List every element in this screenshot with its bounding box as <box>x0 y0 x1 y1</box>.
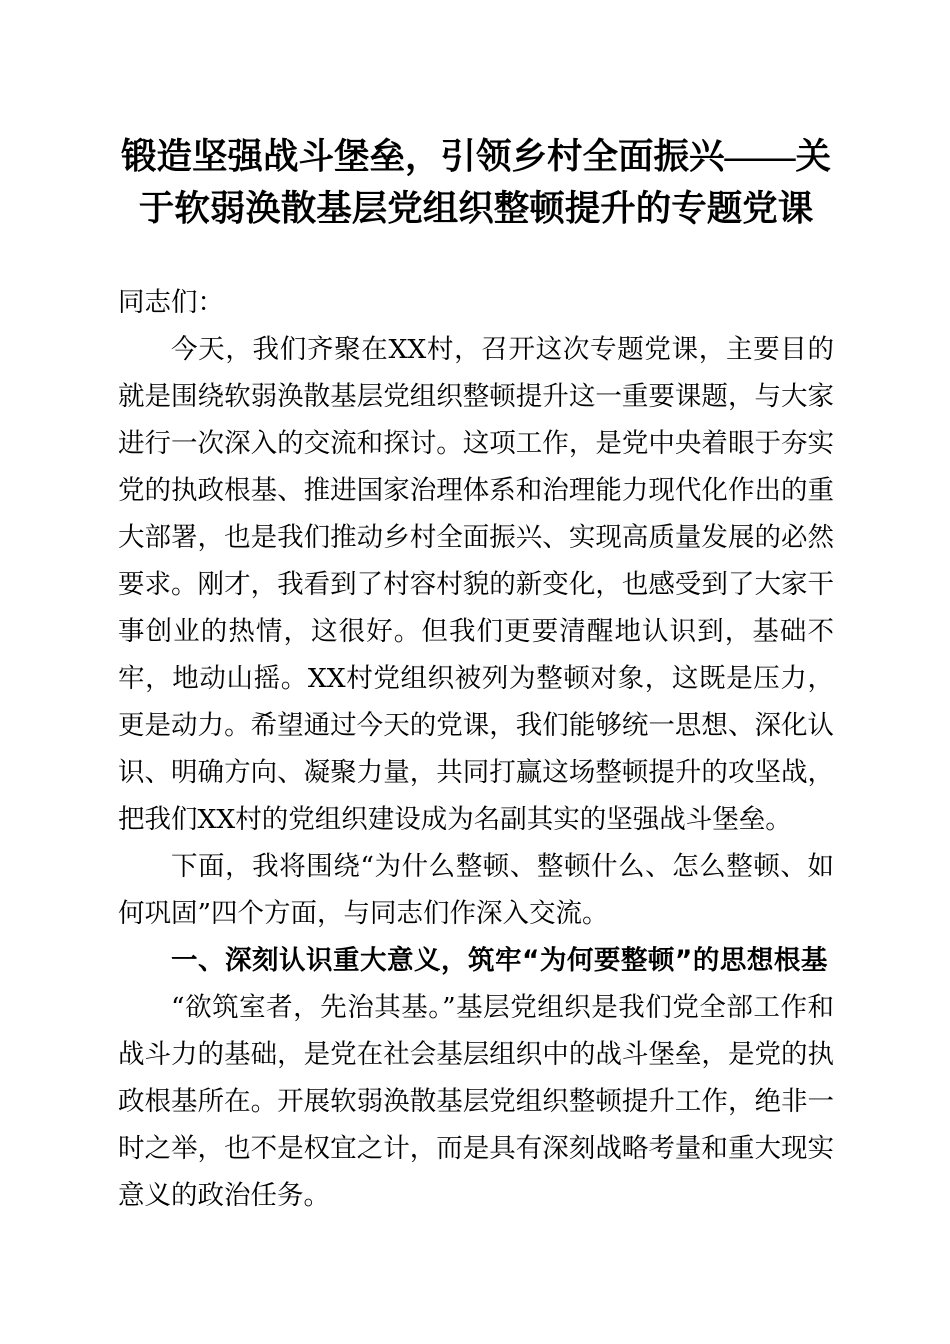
salutation: 同志们： <box>118 279 834 326</box>
document-title-line-2: 于软弱涣散基层党组织整顿提升的专题党课 <box>118 182 834 234</box>
document-title: 锻造坚强战斗堡垒，引领乡村全面振兴——关 于软弱涣散基层党组织整顿提升的专题党课 <box>118 130 834 234</box>
paragraph-intro: 今天，我们齐聚在XX村，召开这次专题党课，主要目的就是围绕软弱涣散基层党组织整顿… <box>118 326 834 843</box>
section-heading-1: 一、深刻认识重大意义，筑牢“为何要整顿”的思想根基 <box>118 937 834 984</box>
paragraph-outline: 下面，我将围绕“为什么整顿、整顿什么、怎么整顿、如何巩固”四个方面，与同志们作深… <box>118 843 834 937</box>
document-title-line-1: 锻造坚强战斗堡垒，引领乡村全面振兴——关 <box>118 130 834 182</box>
document-body: 同志们： 今天，我们齐聚在XX村，召开这次专题党课，主要目的就是围绕软弱涣散基层… <box>118 279 834 1219</box>
paragraph-section1-body: “欲筑室者，先治其基。”基层党组织是我们党全部工作和战斗力的基础，是党在社会基层… <box>118 984 834 1219</box>
document-page: 锻造坚强战斗堡垒，引领乡村全面振兴——关 于软弱涣散基层党组织整顿提升的专题党课… <box>0 0 950 1344</box>
